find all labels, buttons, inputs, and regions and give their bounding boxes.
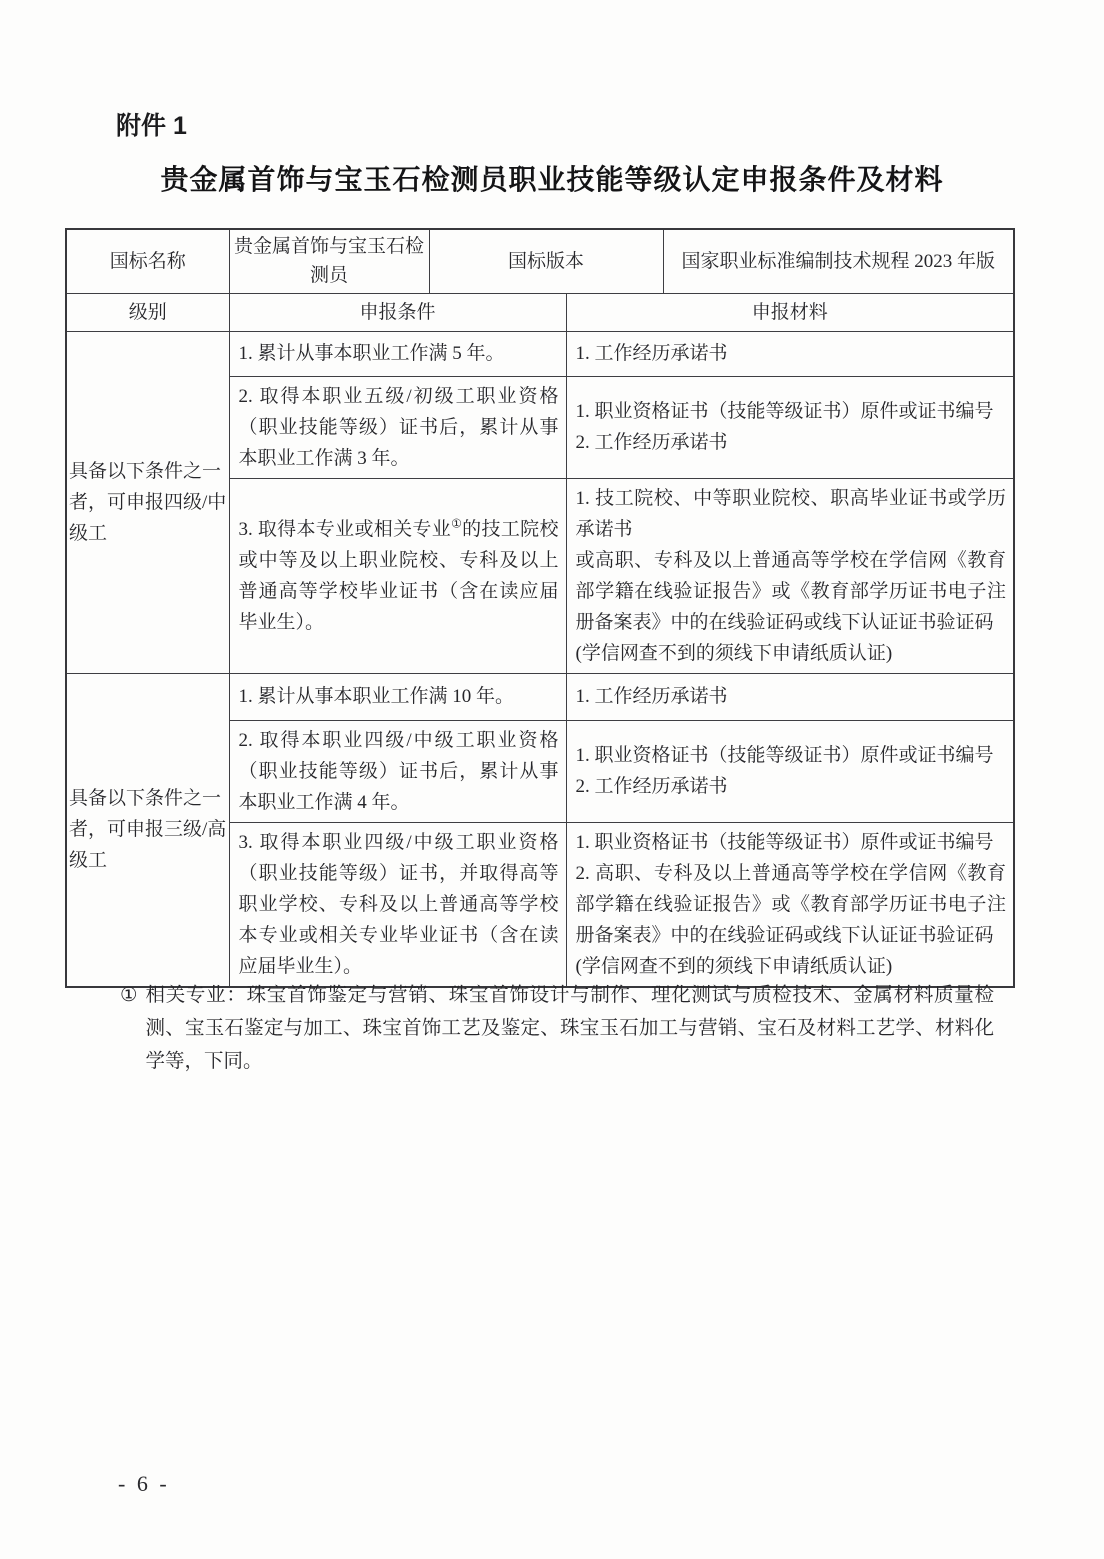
gb-name-value: 贵金属首饰与宝玉石检测员 bbox=[229, 229, 429, 293]
table-row-g1-c1: 具备以下条件之一者，可申报四级/中级工 1. 累计从事本职业工作满 5 年。 1… bbox=[66, 331, 1014, 376]
condition-text-g1-3: 3. 取得本专业或相关专业①的技工院校或中等及以上职业院校、专科及以上普通高等学… bbox=[239, 514, 559, 638]
col-header-materials: 申报材料 bbox=[566, 293, 1014, 331]
condition-g1-3-prefix: 3. 取得本专业或相关专业 bbox=[239, 519, 452, 540]
level-text-group2: 具备以下条件之一者，可申报三级/高级工 bbox=[69, 783, 228, 876]
col-header-conditions: 申报条件 bbox=[229, 293, 566, 331]
footnote-text: 相关专业：珠宝首饰鉴定与营销、珠宝首饰设计与制作、理化测试与质检技术、金属材料质… bbox=[145, 979, 994, 1078]
attachment-label: 附件 1 bbox=[116, 106, 187, 142]
col-header-level: 级别 bbox=[66, 293, 229, 331]
requirements-table: 国标名称 贵金属首饰与宝玉石检测员 国标版本 国家职业标准编制技术规程 2023… bbox=[65, 228, 1015, 988]
materials-text-g1-2: 1. 职业资格证书（技能等级证书）原件或证书编号 2. 工作经历承诺书 bbox=[576, 396, 1007, 458]
materials-cell-g1-2: 1. 职业资格证书（技能等级证书）原件或证书编号 2. 工作经历承诺书 bbox=[566, 376, 1014, 478]
gb-name-label: 国标名称 bbox=[66, 229, 229, 293]
materials-cell-g1-3: 1. 技工院校、中等职业院校、职高毕业证书或学历承诺书 或高职、专科及以上普通高… bbox=[566, 478, 1014, 673]
footnote-reference-mark: ① bbox=[451, 516, 462, 530]
condition-cell-g2-3: 3. 取得本职业四级/中级工职业资格（职业技能等级）证书，并取得高等职业学校、专… bbox=[229, 822, 566, 987]
table-row-column-headers: 级别 申报条件 申报材料 bbox=[66, 293, 1014, 331]
condition-cell-g1-2: 2. 取得本职业五级/初级工职业资格（职业技能等级）证书后，累计从事本职业工作满… bbox=[229, 376, 566, 478]
condition-cell-g2-1: 1. 累计从事本职业工作满 10 年。 bbox=[229, 673, 566, 720]
footnote-circled-one-mark: ① bbox=[120, 979, 137, 1078]
table-row-g2-c1: 具备以下条件之一者，可申报三级/高级工 1. 累计从事本职业工作满 10 年。 … bbox=[66, 673, 1014, 720]
materials-cell-g1-1: 1. 工作经历承诺书 bbox=[566, 331, 1014, 376]
level-text-group1: 具备以下条件之一者，可申报四级/中级工 bbox=[69, 456, 228, 549]
condition-text-g2-2: 2. 取得本职业四级/中级工职业资格（职业技能等级）证书后，累计从事本职业工作满… bbox=[239, 725, 559, 818]
materials-cell-g2-1: 1. 工作经历承诺书 bbox=[566, 673, 1014, 720]
condition-cell-g1-3: 3. 取得本专业或相关专业①的技工院校或中等及以上职业院校、专科及以上普通高等学… bbox=[229, 478, 566, 673]
condition-text-g2-1: 1. 累计从事本职业工作满 10 年。 bbox=[239, 681, 559, 712]
gb-version-value: 国家职业标准编制技术规程 2023 年版 bbox=[663, 229, 1014, 293]
level-cell-group2: 具备以下条件之一者，可申报三级/高级工 bbox=[66, 673, 229, 987]
page-number: - 6 - bbox=[118, 1471, 170, 1497]
condition-cell-g1-1: 1. 累计从事本职业工作满 5 年。 bbox=[229, 331, 566, 376]
table-row-standard-info: 国标名称 贵金属首饰与宝玉石检测员 国标版本 国家职业标准编制技术规程 2023… bbox=[66, 229, 1014, 293]
level-cell-group1: 具备以下条件之一者，可申报四级/中级工 bbox=[66, 331, 229, 673]
materials-text-g2-3: 1. 职业资格证书（技能等级证书）原件或证书编号 2. 高职、专科及以上普通高等… bbox=[576, 827, 1007, 982]
materials-cell-g2-2: 1. 职业资格证书（技能等级证书）原件或证书编号 2. 工作经历承诺书 bbox=[566, 720, 1014, 822]
materials-text-g2-1: 1. 工作经历承诺书 bbox=[576, 681, 1007, 712]
materials-text-g1-1: 1. 工作经历承诺书 bbox=[576, 338, 1007, 369]
materials-cell-g2-3: 1. 职业资格证书（技能等级证书）原件或证书编号 2. 高职、专科及以上普通高等… bbox=[566, 822, 1014, 987]
footnote: ① 相关专业：珠宝首饰鉴定与营销、珠宝首饰设计与制作、理化测试与质检技术、金属材… bbox=[120, 979, 994, 1078]
materials-text-g1-3: 1. 技工院校、中等职业院校、职高毕业证书或学历承诺书 或高职、专科及以上普通高… bbox=[576, 483, 1007, 669]
gb-version-label: 国标版本 bbox=[429, 229, 663, 293]
condition-cell-g2-2: 2. 取得本职业四级/中级工职业资格（职业技能等级）证书后，累计从事本职业工作满… bbox=[229, 720, 566, 822]
document-page: 附件 1 贵金属首饰与宝玉石检测员职业技能等级认定申报条件及材料 国标名称 贵金… bbox=[0, 0, 1104, 1559]
condition-text-g1-2: 2. 取得本职业五级/初级工职业资格（职业技能等级）证书后，累计从事本职业工作满… bbox=[239, 381, 559, 474]
condition-text-g2-3: 3. 取得本职业四级/中级工职业资格（职业技能等级）证书，并取得高等职业学校、专… bbox=[239, 827, 559, 982]
page-title: 贵金属首饰与宝玉石检测员职业技能等级认定申报条件及材料 bbox=[0, 158, 1104, 198]
materials-text-g2-2: 1. 职业资格证书（技能等级证书）原件或证书编号 2. 工作经历承诺书 bbox=[576, 740, 1007, 802]
condition-text-g1-1: 1. 累计从事本职业工作满 5 年。 bbox=[239, 338, 559, 369]
